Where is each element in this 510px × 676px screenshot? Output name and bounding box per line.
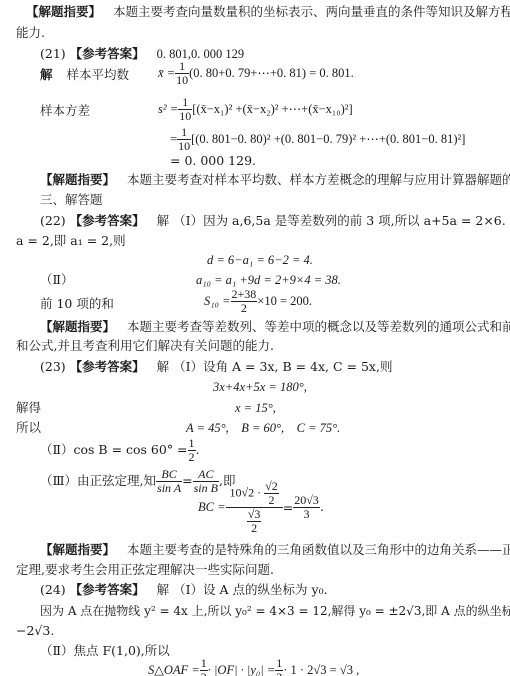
- q22-tip-cont: 和公式,并且考查利用它们解决有关问题的能力.: [16, 338, 274, 354]
- q23-tip-cont: 定理,要求考生会用正弦定理解决一些实际问题.: [16, 562, 274, 578]
- tail: .: [320, 499, 324, 514]
- q24-area-formula: S△OAF =12· |OF| · |y₀| =12· 1 · 2√3 = √3…: [148, 657, 359, 676]
- solution-marker: 解: [40, 67, 53, 82]
- label: 样本平均数: [67, 67, 130, 82]
- q24-line2: 因为 A 点在抛物线 y² = 4x 上,所以 y₀² = 4×3 = 12,解…: [40, 603, 510, 619]
- q22-tip: 【解题指要】 本题主要考查等差数列、等差中项的概念以及等差数列的通项公式和前 n…: [40, 319, 510, 335]
- tip-paragraph-20: 【解题指要】 本题主要考查向量数量积的坐标表示、两向量垂直的条件等知识及解方程的: [26, 4, 510, 20]
- q22-line2: a = 2,即 a₁ = 2,则: [16, 233, 126, 249]
- answer-tag: 【参考答案】: [70, 213, 145, 228]
- q21-var-formula-2: =110[(0. 801−0. 80)² +(0. 801−0. 79)² +⋯…: [170, 126, 465, 153]
- answer-tag: 【参考答案】: [70, 582, 145, 597]
- tip-tag: 【解题指要】: [40, 542, 115, 557]
- rhs: · 1 · 2√3 = √3 ,: [283, 663, 359, 676]
- q23-so-eq: A = 45°, B = 60°, C = 75°.: [186, 420, 340, 436]
- lhs: x̄ =: [158, 66, 175, 80]
- mid: · |OF| · |y₀| =: [208, 663, 276, 676]
- tip-text: 本题主要考查向量数量积的坐标表示、两向量垂直的条件等知识及解方程的: [113, 4, 510, 19]
- section-heading: 三、解答题: [40, 192, 103, 208]
- solution-text: 解 （Ⅰ）因为 a,6,5a 是等差数列的前 3 项,所以 a+5a = 2×6…: [157, 213, 510, 228]
- q22-a10-eq: a₁₀ = a₁ +9d = 2+9×4 = 38.: [196, 272, 341, 288]
- q23-bc-formula: BC =10√2 · √22√32=20√33.: [198, 480, 324, 535]
- answer-value: 0. 801,0. 000 129: [157, 47, 245, 61]
- text: （Ⅲ）由正弦定理,知: [40, 473, 156, 488]
- q24-header: (24) 【参考答案】 解 （Ⅰ）设 A 点的纵坐标为 y₀.: [40, 582, 328, 598]
- equals: =: [182, 473, 192, 488]
- solution-text: 解 （Ⅰ）设 A 点的纵坐标为 y₀.: [157, 582, 328, 597]
- q21-tip: 【解题指要】 本题主要考查对样本平均数、样本方差概念的理解与应用计算器解题的能力…: [40, 172, 510, 188]
- q22-header: (22) 【参考答案】 解 （Ⅰ）因为 a,6,5a 是等差数列的前 3 项,所…: [40, 213, 510, 229]
- tip-text: 本题主要考查等差数列、等差中项的概念以及等差数列的通项公式和前 n 项: [127, 319, 510, 334]
- q23-eq1: 3x+4x+5x = 180°,: [213, 379, 307, 395]
- q21-var-label: 样本方差: [40, 103, 90, 119]
- fraction: 110: [175, 60, 189, 87]
- tip-tag: 【解题指要】: [40, 172, 115, 187]
- q23-so-label: 所以: [16, 420, 41, 436]
- q24-line3: −2√3.: [16, 623, 54, 639]
- q21-mean-formula: x̄ =110(0. 80+0. 79+⋯+0. 81) = 0. 801.: [158, 60, 354, 87]
- fraction: 12: [200, 657, 208, 676]
- fraction: 110: [178, 96, 192, 123]
- q22-sum-formula: S₁₀ =2+382×10 = 200.: [204, 288, 312, 315]
- rhs: ×10 = 200.: [257, 294, 312, 308]
- tip-text: 本题主要考查对样本平均数、样本方差概念的理解与应用计算器解题的能力.: [127, 172, 510, 187]
- lhs: BC =: [198, 501, 226, 514]
- q21-mean-label: 解 样本平均数: [40, 67, 129, 83]
- q23-tip: 【解题指要】 本题主要考查的是特殊角的三角函数值以及三角形中的边角关系——正弦: [40, 542, 510, 558]
- q23-solve-label: 解得: [16, 400, 41, 416]
- lhs: S△OAF =: [148, 663, 200, 676]
- q22-part2-label: （Ⅱ）: [40, 272, 74, 288]
- question-number: (21): [40, 46, 66, 61]
- q23-header: (23) 【参考答案】 解 （Ⅰ）设角 A = 3x, B = 4x, C = …: [40, 359, 392, 375]
- tip-continuation: 能力.: [16, 25, 45, 41]
- rhs: (0. 80+0. 79+⋯+0. 81) = 0. 801.: [189, 66, 354, 80]
- question-number: (24): [40, 582, 66, 597]
- q22-d-eq: d = 6−a₁ = 6−2 = 4.: [207, 252, 313, 268]
- solution-text: 解 （Ⅰ）设角 A = 3x, B = 4x, C = 5x,则: [157, 359, 393, 374]
- answer-tag: 【参考答案】: [70, 359, 145, 374]
- lhs: S₁₀ =: [204, 294, 231, 308]
- rhs: [(0. 801−0. 80)² +(0. 801−0. 79)² +⋯+(0.…: [191, 132, 465, 146]
- answer-tag: 【参考答案】: [70, 46, 145, 61]
- fraction: 12: [188, 437, 196, 464]
- lhs: =: [170, 132, 177, 146]
- q21-var-result: = 0. 000 129.: [170, 153, 256, 169]
- q21-var-formula: s² =110[(x̄−x₁)² +(x̄−x₂)² +⋯+(x̄−x₁₀)²]: [158, 96, 353, 123]
- compound-fraction: 10√2 · √22√32: [226, 480, 283, 535]
- fraction: 20√33: [293, 494, 320, 521]
- rhs: [(x̄−x₁)² +(x̄−x₂)² +⋯+(x̄−x₁₀)²]: [192, 102, 353, 116]
- tail: .: [196, 442, 200, 457]
- q22-sum-label: 前 10 项的和: [40, 296, 114, 312]
- fraction: 2+382: [231, 288, 258, 315]
- q23-part2: （Ⅱ）cos B = cos 60° =12.: [40, 437, 200, 464]
- fraction: 110: [177, 126, 191, 153]
- text: （Ⅱ）cos B = cos 60° =: [40, 442, 188, 457]
- question-number: (22): [40, 213, 66, 228]
- q23-solve-eq: x = 15°,: [235, 400, 276, 416]
- fraction: BCsin A: [156, 468, 182, 495]
- tip-tag: 【解题指要】: [26, 4, 101, 19]
- question-number: (23): [40, 359, 66, 374]
- tip-tag: 【解题指要】: [40, 319, 115, 334]
- lhs: s² =: [158, 102, 178, 116]
- tip-text: 本题主要考查的是特殊角的三角函数值以及三角形中的边角关系——正弦: [127, 542, 510, 557]
- equals: =: [283, 500, 293, 515]
